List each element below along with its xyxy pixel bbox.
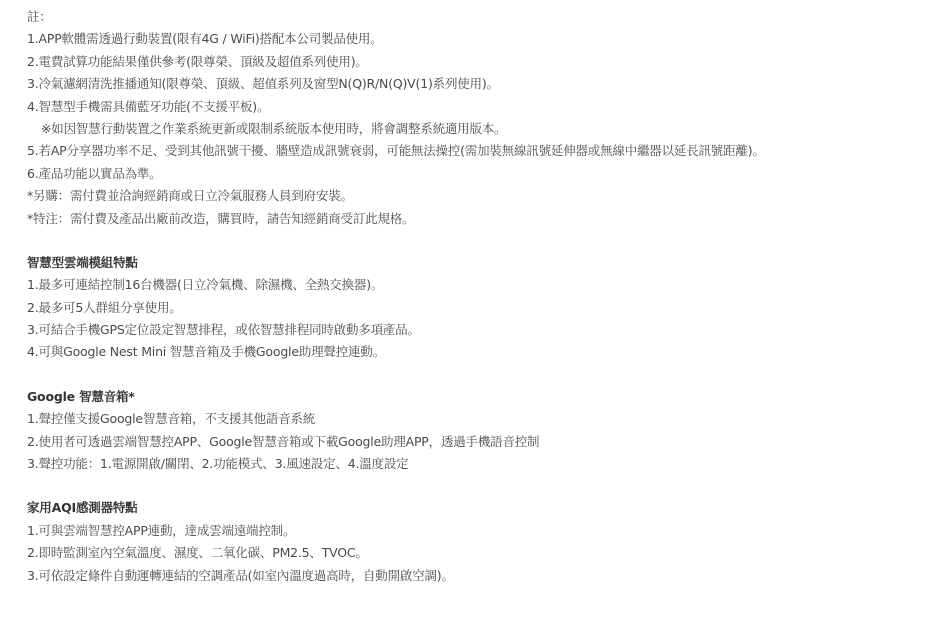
cloud-module-heading: 智慧型雲端模組特點 <box>27 252 926 274</box>
cloud-module-item: 3.可結合手機GPS定位設定智慧排程，或依智慧排程同時啟動多項產品。 <box>27 319 926 341</box>
google-speaker-item: 1.聲控僅支援Google智慧音箱，不支援其他語音系統 <box>27 408 926 430</box>
note-item: 1.APP軟體需透過行動裝置(限有4G / WiFi)搭配本公司製品使用。 <box>27 28 926 50</box>
aqi-sensor-heading: 家用AQI感測器特點 <box>27 497 926 519</box>
note-item: 6.產品功能以實品為準。 <box>27 163 926 185</box>
aqi-sensor-item: 1.可與雲端智慧控APP連動，達成雲端遠端控制。 <box>27 520 926 542</box>
note-item: *另購：需付費並洽詢經銷商或日立冷氣服務人員到府安裝。 <box>27 185 926 207</box>
cloud-module-section: 智慧型雲端模組特點 1.最多可連結控制16台機器(日立冷氣機、除濕機、全熱交換器… <box>27 252 926 364</box>
note-item: 4.智慧型手機需具備藍牙功能(不支援平板)。 <box>27 96 926 118</box>
notes-heading: 註： <box>27 6 926 28</box>
section-spacer <box>27 364 926 386</box>
note-item: 3.冷氣濾網清洗推播通知(限尊榮、頂級、超值系列及窗型N(Q)R/N(Q)V(1… <box>27 73 926 95</box>
note-remark: ※如因智慧行動裝置之作業系統更新或限制系統版本使用時，將會調整系統適用版本。 <box>27 118 926 140</box>
section-spacer <box>27 230 926 252</box>
note-item: 2.電費試算功能結果僅供參考(限尊榮、頂級及超值系列使用)。 <box>27 51 926 73</box>
note-item: 5.若AP分享器功率不足、受到其他訊號干擾、牆壁造成訊號衰弱，可能無法操控(需加… <box>27 140 926 162</box>
notes-section: 註： 1.APP軟體需透過行動裝置(限有4G / WiFi)搭配本公司製品使用。… <box>27 6 926 230</box>
product-notes-document: 註： 1.APP軟體需透過行動裝置(限有4G / WiFi)搭配本公司製品使用。… <box>0 0 926 587</box>
note-item: *特注：需付費及產品出廠前改造，購買時，請告知經銷商受訂此規格。 <box>27 208 926 230</box>
cloud-module-item: 1.最多可連結控制16台機器(日立冷氣機、除濕機、全熱交換器)。 <box>27 274 926 296</box>
google-speaker-section: Google 智慧音箱* 1.聲控僅支援Google智慧音箱，不支援其他語音系統… <box>27 386 926 476</box>
google-speaker-heading: Google 智慧音箱* <box>27 386 926 408</box>
aqi-sensor-item: 2.即時監測室內空氣溫度、濕度、二氧化碳、PM2.5、TVOC。 <box>27 542 926 564</box>
aqi-sensor-section: 家用AQI感測器特點 1.可與雲端智慧控APP連動，達成雲端遠端控制。 2.即時… <box>27 497 926 587</box>
aqi-sensor-item: 3.可依設定條件自動運轉連結的空調產品(如室內溫度過高時，自動開啟空調)。 <box>27 565 926 587</box>
section-spacer <box>27 475 926 497</box>
google-speaker-item: 3.聲控功能：1.電源開啟/關閉、2.功能模式、3.風速設定、4.溫度設定 <box>27 453 926 475</box>
cloud-module-item: 2.最多可5人群組分享使用。 <box>27 297 926 319</box>
google-speaker-item: 2.使用者可透過雲端智慧控APP、Google智慧音箱或下載Google助理AP… <box>27 431 926 453</box>
cloud-module-item: 4.可與Google Nest Mini 智慧音箱及手機Google助理聲控連動… <box>27 341 926 363</box>
